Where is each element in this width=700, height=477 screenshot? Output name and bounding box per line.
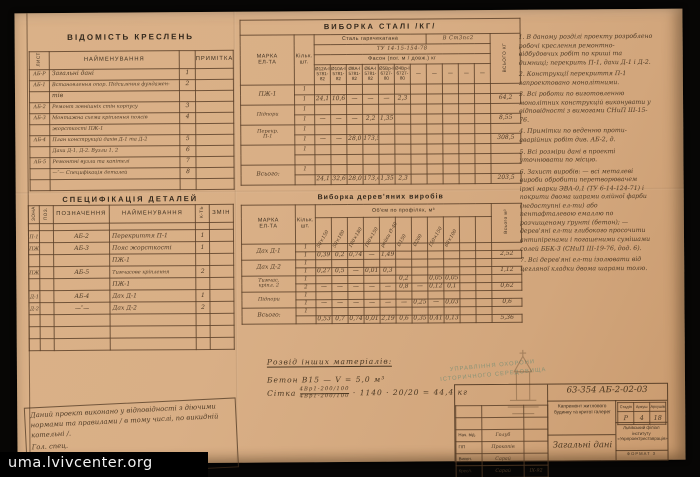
table-cell: ЛИСТ: [29, 52, 49, 70]
table-cell: 2: [296, 284, 316, 292]
table-cell: [40, 255, 54, 267]
note-item: 6. Захист виробів: — всі металеві вироби…: [520, 168, 655, 254]
timber-selection-title: Виборка дерев'яних виробів: [241, 193, 521, 202]
table-cell: [315, 155, 331, 165]
table-cell: [460, 283, 476, 291]
table-cell: ГІП: [456, 442, 482, 454]
project-title: Капремонт житлового будинку та критої га…: [549, 402, 615, 434]
table-cell: [394, 84, 410, 94]
table-cell: [210, 302, 234, 314]
table-cell: [459, 134, 475, 144]
table-cell: [29, 327, 40, 339]
table-cell: [396, 251, 412, 259]
table-cell: —″— Специфікація деталей: [50, 167, 180, 179]
table-row: СтадіяАркушАркушів: [618, 402, 666, 411]
table-row: [456, 417, 548, 430]
table-cell: —: [363, 94, 379, 104]
table-cell: НАЙМЕНУВАННЯ: [49, 51, 179, 70]
table-cell: [459, 144, 475, 154]
table-cell: —: [380, 283, 396, 291]
table-cell: АБ-Р: [29, 69, 49, 80]
table-cell: [427, 144, 443, 154]
table-cell: [476, 259, 492, 267]
table-cell: —: [458, 64, 474, 84]
table-cell: [347, 164, 363, 174]
table-cell: —: [316, 300, 332, 308]
table-cell: [411, 94, 427, 104]
table-cell: 0,27: [316, 268, 332, 276]
table-cell: 32,6: [331, 175, 347, 185]
table-cell: [40, 243, 54, 255]
table-cell: 0,05: [428, 275, 444, 283]
table-cell: 173,4: [363, 174, 379, 184]
table-cell: [209, 230, 233, 242]
table-cell: Нач. від.: [456, 430, 482, 442]
table-cell: [443, 174, 459, 184]
table-cell: [196, 101, 234, 112]
table-cell: [444, 307, 460, 315]
table-cell: [459, 174, 475, 184]
table-cell: 0,8: [396, 283, 412, 291]
table-cell: [54, 338, 110, 350]
table-cell: [411, 164, 427, 174]
table-cell: 2: [196, 302, 210, 314]
table-cell: 0,5: [332, 268, 348, 276]
table-cell: [180, 123, 196, 134]
table-cell: 0,7: [332, 316, 348, 324]
table-cell: ВСЬОГО КГ: [490, 33, 520, 83]
table-cell: [476, 299, 492, 307]
table-cell: 1: [295, 135, 315, 145]
table-cell: [460, 291, 476, 299]
watermark-text: uma.lvivcenter.org: [8, 455, 153, 471]
table-cell: [363, 164, 379, 174]
table-row: ЗОНАПОЗ.ПОЗНАЧЕННЯНАЙМЕНУВАННЯК-ТЬЗМІН: [28, 204, 233, 223]
corner-note-text: Даний проект виконано у відповідності з …: [30, 402, 219, 439]
table-row: Викон.Сарай: [456, 453, 548, 466]
notes-column: 1. В даному розділі проекту розроблено р…: [519, 33, 655, 277]
table-cell: Кільк. шт.: [295, 205, 315, 244]
table-cell: [241, 145, 295, 165]
table-cell: [476, 243, 492, 251]
table-cell: 1: [295, 125, 315, 135]
table-cell: [475, 114, 491, 124]
table-cell: 2,52: [492, 250, 522, 258]
table-cell: 0,74: [348, 251, 364, 259]
table-cell: [210, 326, 234, 338]
table-cell: 1: [296, 300, 316, 308]
table-cell: —: [347, 114, 363, 124]
table-cell: [475, 164, 491, 174]
table-cell: АБ-1: [29, 80, 49, 91]
table-cell: Ø10А-І 5781-82: [330, 65, 346, 85]
table-cell: [180, 178, 196, 189]
table-cell: [524, 405, 548, 417]
table-cell: [475, 134, 491, 144]
table-cell: [316, 308, 332, 316]
table-cell: Ø4Вр-І 6727-80: [394, 64, 410, 84]
table-cell: ЗМІН: [209, 204, 233, 222]
table-cell: [29, 255, 40, 267]
table-cell: Д-1: [29, 291, 40, 303]
table-cell: [331, 125, 347, 135]
table-cell: 2: [179, 79, 195, 90]
table-cell: [476, 251, 492, 259]
table-cell: [29, 279, 40, 291]
table-cell: [332, 292, 348, 300]
table-cell: [475, 217, 491, 243]
table-cell: [314, 85, 330, 95]
table-cell: [459, 114, 475, 124]
table-cell: [210, 278, 234, 290]
table-cell: [28, 224, 39, 231]
table-cell: [196, 134, 234, 145]
table-cell: [428, 267, 444, 275]
table-cell: [460, 307, 476, 315]
table-cell: [427, 174, 443, 184]
table-cell: АБ-3: [30, 113, 50, 124]
table-cell: Всього:: [242, 308, 296, 324]
table-cell: [347, 124, 363, 134]
table-cell: 308,5: [491, 133, 521, 143]
table-cell: [460, 243, 476, 251]
table-cell: [40, 303, 54, 315]
table-cell: [380, 259, 396, 267]
table-cell: 1: [294, 85, 314, 95]
table-cell: —: [428, 299, 444, 307]
table-cell: 1,49: [380, 251, 396, 259]
table-cell: [395, 124, 411, 134]
table-cell: —: [315, 115, 331, 125]
table-cell: [443, 124, 459, 134]
table-cell: [476, 307, 492, 315]
table-cell: [395, 134, 411, 144]
table-cell: К-ТЬ: [195, 204, 209, 222]
table-cell: [347, 144, 363, 154]
table-cell: [363, 104, 379, 114]
table-cell: [412, 267, 428, 275]
table-cell: [411, 104, 427, 114]
table-cell: [315, 145, 331, 155]
table-cell: [444, 291, 460, 299]
table-cell: 28,0: [347, 134, 363, 144]
table-cell: [427, 94, 443, 104]
table-cell: 7: [180, 156, 196, 167]
table-row: ЛИСТНАЙМЕНУВАННЯПРИМІТКА: [29, 50, 233, 69]
table-cell: [460, 259, 476, 267]
table-cell: —: [331, 135, 347, 145]
table-cell: [427, 154, 443, 164]
table-cell: 0,2: [332, 252, 348, 260]
table-cell: [444, 267, 460, 275]
table-cell: 100×150: [363, 217, 379, 243]
table-cell: [524, 429, 548, 441]
table-cell: 1: [296, 244, 316, 252]
table-cell: АБ-2: [53, 230, 109, 242]
table-cell: [380, 307, 396, 315]
table-cell: МАРКА ЕЛ-ТА: [241, 205, 295, 244]
table-cell: Дах Д-1: [110, 290, 196, 303]
table-cell: [475, 94, 491, 104]
table-cell: 1: [179, 68, 195, 79]
note-item: 2. Конструкції перекриття П-1 запроектов…: [519, 70, 653, 88]
table-cell: [427, 124, 443, 134]
table-cell: —: [474, 64, 490, 84]
table-cell: [428, 259, 444, 267]
table-cell: 0,05: [444, 275, 460, 283]
table-cell: [30, 124, 50, 135]
table-cell: Стадія: [618, 403, 634, 412]
table-cell: [460, 299, 476, 307]
table-cell: Д-2: [29, 303, 40, 315]
table-cell: [362, 84, 378, 94]
table-cell: Дах Д-1: [242, 244, 296, 260]
table-cell: [475, 124, 491, 134]
organization: Львівський філіал інституту «Укрпроектре…: [617, 423, 665, 453]
table-cell: [364, 259, 380, 267]
table-cell: [315, 165, 331, 175]
table-cell: [460, 267, 476, 275]
details-specification-table: ЗОНАПОЗ.ПОЗНАЧЕННЯНАЙМЕНУВАННЯК-ТЬЗМІНП-…: [28, 204, 235, 352]
table-cell: —: [380, 299, 396, 307]
table-cell: 24,1: [315, 175, 331, 185]
table-cell: 3: [180, 101, 196, 112]
table-cell: [443, 94, 459, 104]
table-cell: 0,03: [444, 299, 460, 307]
table-cell: [459, 217, 475, 243]
table-cell: [459, 164, 475, 174]
table-cell: 0,01: [364, 267, 380, 275]
table-cell: Аркуш: [634, 402, 650, 411]
table-cell: [110, 314, 196, 327]
table-cell: 1: [295, 95, 315, 105]
table-cell: 1: [295, 105, 315, 115]
sheet-title: Загальні дані: [549, 434, 615, 464]
table-cell: [29, 315, 40, 327]
table-cell: [54, 326, 110, 338]
table-cell: [475, 154, 491, 164]
table-cell: 0,2: [396, 275, 412, 283]
table-cell: [395, 104, 411, 114]
table-cell: 1: [296, 308, 316, 316]
table-cell: [110, 338, 196, 351]
table-cell: Ø150: [395, 217, 411, 243]
table-cell: 50×150: [315, 218, 331, 244]
table-cell: 0,1: [444, 283, 460, 291]
table-cell: —: [347, 94, 363, 104]
table-cell: [396, 291, 412, 299]
table-cell: 0,01: [364, 315, 380, 323]
table-cell: 1: [196, 242, 210, 254]
table-cell: [443, 114, 459, 124]
table-cell: 173,5: [363, 134, 379, 144]
table-cell: 1: [296, 276, 316, 284]
table-cell: [459, 104, 475, 114]
table-cell: [492, 274, 522, 282]
table-cell: ІХ-92: [524, 465, 548, 477]
table-cell: [347, 104, 363, 114]
table-cell: [346, 84, 362, 94]
fold-crease-vertical: [233, 12, 238, 463]
table-cell: Кресл.: [456, 466, 482, 477]
table-cell: [196, 123, 234, 134]
table-cell: [428, 291, 444, 299]
table-cell: [412, 259, 428, 267]
table-cell: [427, 104, 443, 114]
table-cell: [210, 290, 234, 302]
table-cell: —: [315, 135, 331, 145]
table-cell: —: [442, 64, 458, 84]
table-cell: [379, 124, 395, 134]
table-cell: 0,74: [348, 315, 364, 323]
table-cell: 4: [180, 112, 196, 123]
table-cell: рейки Ø-40: [379, 217, 395, 243]
table-cell: [364, 307, 380, 315]
table-cell: [331, 165, 347, 175]
table-cell: [363, 124, 379, 134]
table-cell: [348, 307, 364, 315]
table-cell: 0,3: [380, 267, 396, 275]
drawing-sheet: ВІДОМІСТЬ КРЕСЛЕНЬ ЛИСТНАЙМЕНУВАННЯПРИМІ…: [14, 9, 685, 465]
table-cell: [332, 308, 348, 316]
table-cell: [316, 292, 332, 300]
table-cell: —: [364, 251, 380, 259]
table-cell: —: [348, 267, 364, 275]
mesh-label: Сітка: [267, 389, 296, 398]
table-cell: [474, 84, 490, 94]
table-row: Нач. від.Голуб: [456, 429, 548, 442]
table-cell: [426, 84, 442, 94]
table-cell: [379, 134, 395, 144]
table-cell: [459, 94, 475, 104]
table-cell: Перекр. П-1: [241, 125, 295, 145]
table-cell: [427, 114, 443, 124]
table-cell: [179, 51, 195, 69]
table-row: Кресл.СарайІХ-92: [456, 465, 548, 477]
table-cell: [379, 164, 395, 174]
table-cell: [380, 275, 396, 283]
table-cell: [428, 307, 444, 315]
table-cell: [379, 104, 395, 114]
table-cell: —: [348, 299, 364, 307]
table-cell: Ø6А-І 5781-82: [362, 64, 378, 84]
table-cell: [411, 124, 427, 134]
table-cell: [476, 283, 492, 291]
table-cell: 8,55: [491, 113, 521, 123]
table-cell: АБ-2: [30, 102, 50, 113]
table-cell: [332, 276, 348, 284]
table-cell: [347, 154, 363, 164]
table-cell: 2,3: [395, 94, 411, 104]
table-cell: [444, 251, 460, 259]
table-cell: [410, 84, 426, 94]
table-cell: [458, 84, 474, 94]
table-cell: [476, 275, 492, 283]
table-cell: 8: [180, 167, 196, 178]
table-cell: [363, 154, 379, 164]
table-cell: [39, 231, 53, 243]
table-cell: 1: [296, 292, 316, 300]
table-row: [30, 178, 234, 190]
table-cell: [110, 326, 196, 339]
table-cell: [296, 316, 316, 324]
table-cell: ПЖ-1: [110, 278, 196, 291]
table-cell: [411, 174, 427, 184]
table-cell: АБ-5: [30, 157, 50, 168]
table-cell: Об'єм по профілях, м³: [315, 204, 491, 218]
table-cell: АБ-4: [54, 290, 110, 302]
table-cell: [330, 85, 346, 95]
table-cell: 0,13: [444, 315, 460, 323]
table-cell: [456, 406, 482, 418]
table-cell: [443, 104, 459, 114]
table-cell: Загальні дані: [49, 68, 179, 80]
table-cell: [315, 125, 331, 135]
table-cell: ПЖ-1: [110, 254, 196, 267]
table-cell: 0,39: [316, 252, 332, 260]
table-cell: 5,36: [492, 314, 522, 322]
materials-title: Розвід інших матеріалів:: [267, 357, 392, 368]
title-block: 63-354 АБ-2-02-03 Нач. від.ГолубГІППроко…: [454, 383, 669, 462]
table-cell: ПЖ-1: [29, 267, 40, 279]
table-cell: [428, 251, 444, 259]
table-cell: Сарай: [482, 453, 524, 465]
table-row: ГІППрокопів: [456, 441, 548, 454]
table-cell: Тимчасове кріплення: [110, 266, 196, 279]
table-cell: [412, 275, 428, 283]
table-cell: [196, 112, 234, 123]
table-cell: [412, 307, 428, 315]
table-cell: —: [426, 64, 442, 84]
table-cell: ПОЗНАЧЕННЯ: [53, 205, 109, 223]
table-cell: Ремонтні вузли та капітелі: [50, 156, 180, 168]
table-cell: —: [332, 284, 348, 292]
table-cell: [179, 90, 195, 101]
table-cell: [295, 175, 315, 185]
table-cell: НАЙМЕНУВАННЯ: [109, 205, 195, 224]
table-cell: 150×150: [427, 217, 443, 243]
table-cell: Всього:: [241, 165, 295, 185]
table-cell: [316, 260, 332, 268]
table-cell: Підпори: [241, 105, 295, 125]
table-cell: [195, 90, 233, 101]
table-cell: [443, 164, 459, 174]
table-cell: тів: [49, 90, 179, 102]
table-cell: [54, 254, 110, 266]
table-cell: Перекриття П-1: [109, 230, 195, 243]
table-cell: Ø12А-І 5781-82: [314, 65, 330, 85]
table-cell: 1: [295, 115, 315, 125]
table-cell: В Ст3пс2: [426, 34, 490, 44]
table-cell: [29, 339, 40, 351]
table-cell: —: [410, 64, 426, 84]
table-cell: 28,0: [347, 174, 363, 184]
table-cell: [411, 114, 427, 124]
table-cell: [378, 84, 394, 94]
note-item: 4. Примітки по веденню проти-аварійних р…: [519, 127, 653, 145]
table-cell: 0,6: [396, 315, 412, 323]
table-cell: [395, 114, 411, 124]
table-cell: АБ-4: [30, 135, 50, 146]
table-cell: 2,3: [395, 174, 411, 184]
table-cell: 0,35: [412, 315, 428, 323]
table-cell: 64,2: [491, 93, 521, 103]
table-cell: [316, 276, 332, 284]
table-cell: 50×180: [331, 218, 347, 244]
table-cell: [29, 91, 49, 102]
table-cell: [396, 259, 412, 267]
table-cell: Тимчас. кріпл. 2: [242, 276, 296, 292]
